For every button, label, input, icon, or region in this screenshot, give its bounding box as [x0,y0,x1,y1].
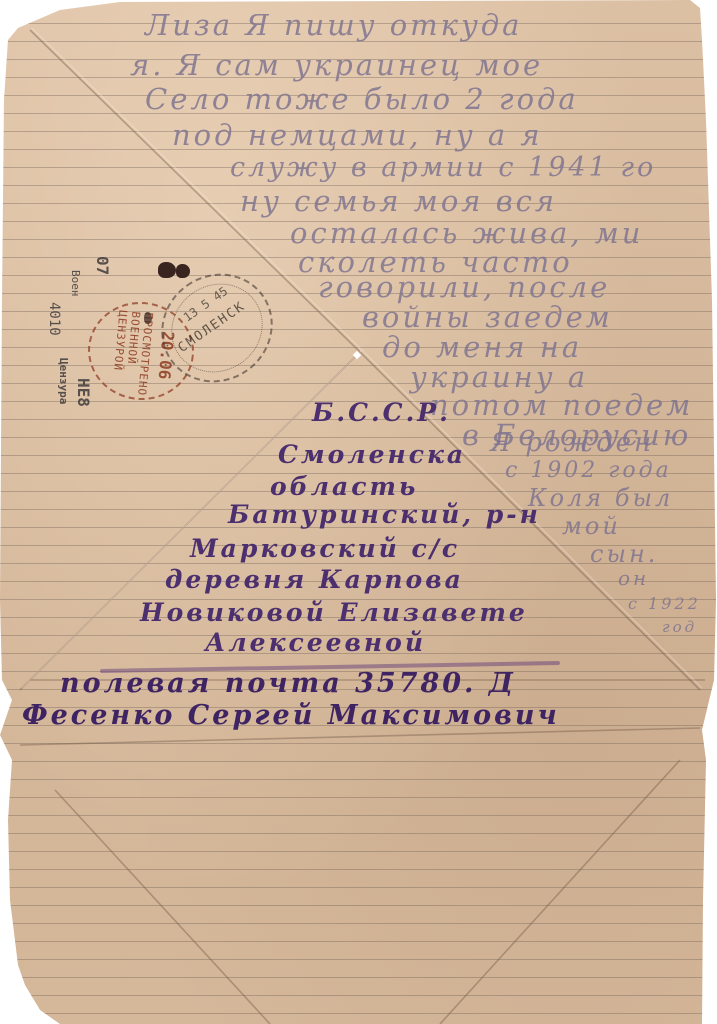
address-line: Алексеевной [205,628,426,657]
address-line: Марковский с/с [190,534,460,563]
letter-line: служу в армии с 1941 го [230,152,656,183]
letter-line: Село тоже было 2 года [145,82,579,116]
address-line: Смоленска [278,440,466,469]
address-line: Б.С.С.Р. [312,398,451,427]
ink-blot [176,264,190,278]
letter-line: год [662,618,697,636]
address-line: область [270,472,418,501]
letter-line: Я рожден [490,428,654,458]
letter-line: мой [562,512,621,540]
letter-line: потом поедем [430,388,693,422]
side-print-4: Цензура [57,358,70,404]
letter-line: Коля был [528,484,673,512]
letter-line: с 1902 года [505,458,672,483]
address-line: Новиковой Елизавете [140,598,528,627]
side-print-1: 07 [93,256,112,275]
letter-line: войны заедем [362,300,613,334]
letter-line: с 1922 [628,594,701,613]
ink-blot [158,262,176,278]
address-line: деревня Карпова [165,565,464,594]
side-print-2: Воен [69,270,82,297]
letter-line: под немцами, ну а я [172,118,543,152]
sender-line: полевая почта 35780. Д [60,668,516,699]
letter-line: я. Я сам украинец мое [130,48,543,82]
side-print-3: 4010 [46,302,62,336]
ink-blot [144,312,152,324]
letter-line: он [618,566,649,590]
letter-line: сын. [590,540,658,568]
letter-line: говорили, после [318,270,610,304]
letter-line: ну семья моя вся [240,184,557,218]
address-line: Батуринский, р-н [228,500,541,529]
letter-line: Лиза Я пишу откуда [145,8,522,42]
side-print-5: НЕ8 [74,378,93,407]
sender-line: Фесенко Сергей Максимович [22,700,560,731]
letter-line: до меня на [382,330,582,364]
